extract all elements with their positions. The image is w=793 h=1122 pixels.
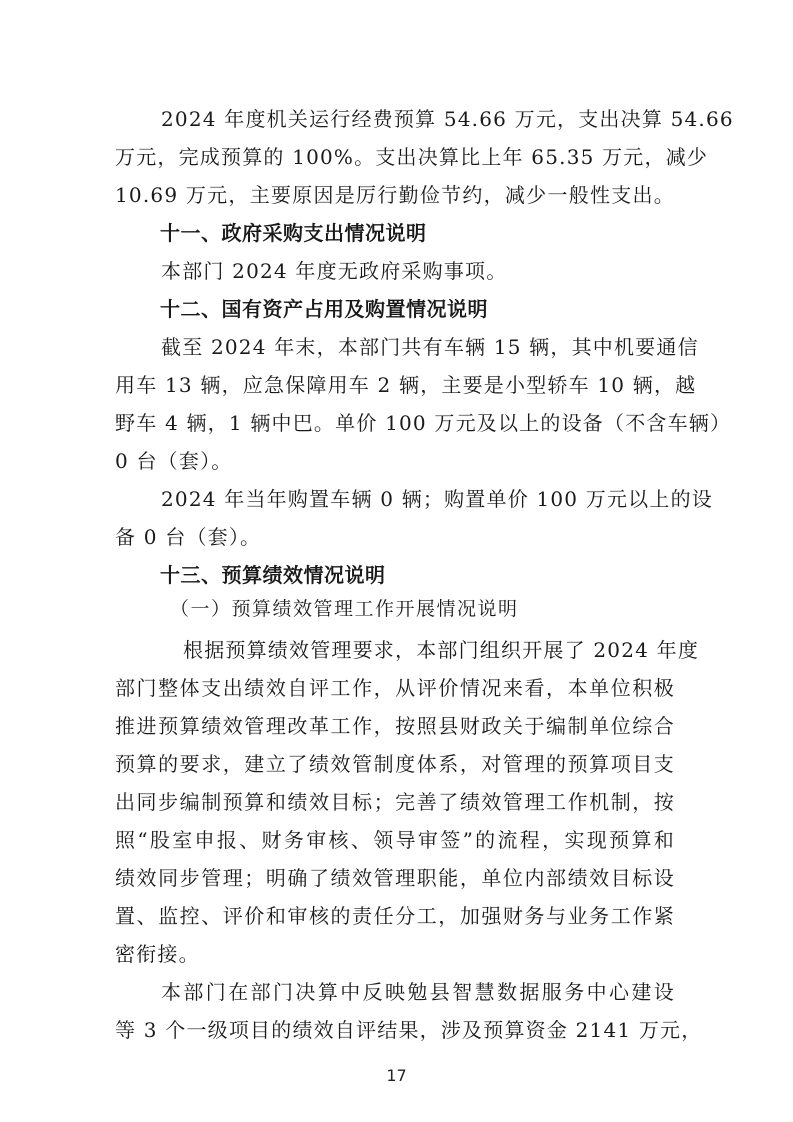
text-line: 等 3 个一级项目的绩效自评结果，涉及预算资金 2141 万元， <box>115 1018 675 1042</box>
subsection-heading-performance-management: （一）预算绩效管理工作开展情况说明 <box>170 597 519 621</box>
text-line: 置、监控、评价和审核的责任分工，加强财务与业务工作紧 <box>115 904 675 928</box>
paragraph-procurement: 本部门 2024 年度无政府采购事项。 <box>161 259 507 283</box>
section-heading-budget-performance: 十三、预算绩效情况说明 <box>160 563 386 587</box>
text-line: 绩效同步管理；明确了绩效管理职能，单位内部绩效目标设 <box>115 866 675 890</box>
text-line: 出同步编制预算和绩效目标；完善了绩效管理工作机制，按 <box>115 790 675 814</box>
text-line: 用车 13 辆，应急保障用车 2 辆，主要是小型轿车 10 辆，越 <box>115 373 675 397</box>
page-number: 17 <box>0 1066 793 1086</box>
text-line: 截至 2024 年末，本部门共有车辆 15 辆，其中机要通信 <box>161 335 675 359</box>
text-line: 照“股室申报、财务审核、领导审签”的流程，实现预算和 <box>115 828 675 852</box>
text-line: 2024 年度机关运行经费预算 54.66 万元，支出决算 54.66 <box>161 107 675 131</box>
text-line: 0 台（套）。 <box>115 449 232 473</box>
text-line: 部门整体支出绩效自评工作，从评价情况来看，本单位积极 <box>115 676 675 700</box>
text-line: 万元，完成预算的 100%。支出决算比上年 65.35 万元，减少 <box>115 145 675 169</box>
text-line: 2024 年当年购置车辆 0 辆；购置单价 100 万元以上的设 <box>161 487 675 511</box>
text-line: 密衔接。 <box>115 942 200 966</box>
document-page: 2024 年度机关运行经费预算 54.66 万元，支出决算 54.66 万元，完… <box>0 0 793 1122</box>
text-line: 根据预算绩效管理要求，本部门组织开展了 2024 年度 <box>183 638 675 662</box>
section-heading-state-assets: 十二、国有资产占用及购置情况说明 <box>160 297 488 321</box>
text-line: 野车 4 辆，1 辆中巴。单价 100 万元及以上的设备（不含车辆） <box>115 411 675 435</box>
section-heading-government-procurement: 十一、政府采购支出情况说明 <box>160 221 427 245</box>
text-line: 10.69 万元，主要原因是厉行勤俭节约，减少一般性支出。 <box>115 183 675 207</box>
text-line: 推进预算绩效管理改革工作，按照县财政关于编制单位综合 <box>115 714 675 738</box>
text-line: 备 0 台（套）。 <box>115 525 261 549</box>
text-line: 预算的要求，建立了绩效管制度体系，对管理的预算项目支 <box>115 752 675 776</box>
text-line: 本部门在部门决算中反映勉县智慧数据服务中心建设 <box>161 980 675 1004</box>
